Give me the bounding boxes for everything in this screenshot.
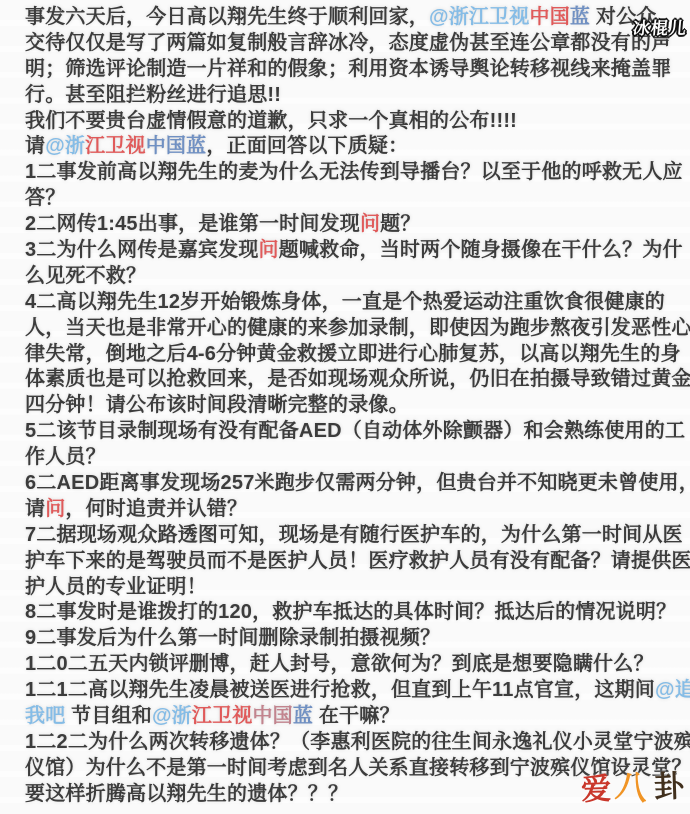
post-line: 人，当天也是非常开心的健康的来参加录制，即使因为跑步熬夜引发恶性心 [25, 316, 690, 342]
text-segment: 3二为什么网传是嘉宾发现 [25, 239, 259, 261]
post-line: 体素质也是可以抢救回来，是否如现场观众所说，仍旧在拍摄导致错过黄金 [25, 367, 690, 393]
text-segment: ，正面回答以下质疑： [206, 135, 408, 157]
text-segment: 5二该节目录制现场有没有配备AED（自动体外除颤器）和会熟练使用的工 [25, 420, 685, 442]
mention-link[interactable]: 蓝 [293, 705, 313, 727]
mention-link[interactable]: 中国蓝 [146, 135, 207, 157]
post-line: 1二1二高以翔先生凌晨被送医进行抢救，但直到上午11点官宣，这期间@追 [25, 678, 690, 704]
mention-link[interactable]: 江卫视 [192, 705, 253, 727]
post-line: 律失常，倒地之后4-6分钟黄金救援立即进行心肺复苏，以高以翔先生的身 [25, 342, 690, 368]
post-line: 我们不要贵台虚情假意的道歉，只求一个真相的公布!!!! [25, 109, 690, 135]
post-line: 请@浙江卫视中国蓝，正面回答以下质疑： [25, 134, 690, 160]
post-line: 5二该节目录制现场有没有配备AED（自动体外除颤器）和会熟练使用的工 [25, 419, 690, 445]
text-segment: 4二高以翔先生12岁开始锻炼身体，一直是个热爱运动注重饮食很健康的 [25, 291, 665, 313]
logo-char-ba-megaphone-icon: 八 [614, 760, 651, 810]
text-segment: 我们不要贵台虚情假意的道歉，只求一个真相的公布!!!! [25, 110, 517, 132]
text-segment: 7二据现场观众路透图可知，现场是有随行医护车的，为什么第一时间从医 [25, 524, 683, 546]
post-line: 请问，何时追责并认错？ [25, 497, 690, 523]
post-line: 1二0二五天内锁评删博，赶人封号，意欲何为？到底是想要隐瞒什么？ [25, 652, 690, 678]
text-segment: 在干嘛？ [313, 705, 400, 727]
post-line: 1二事发前高以翔先生的麦为什么无法传到导播台？以至于他的呼救无人应 [25, 160, 690, 186]
post-line: 护车下来的是驾驶员而不是医护人员！医疗救护人员有没有配备？请提供医 [25, 549, 690, 575]
text-segment: 交待仅仅是写了两篇如复制般言辞冰冷，态度虚伪甚至连公章都没有的声 [25, 32, 671, 54]
text-segment: 1二2二为什么两次转移遗体？（李惠利医院的往生间永逸礼仪小灵堂宁波殡 [25, 731, 690, 753]
logo-char-ai: 爱 [580, 764, 612, 809]
mention-link[interactable]: @追 [655, 679, 690, 701]
text-segment: 8二事发时是谁拨打的120，救护车抵达的具体时间？抵达后的情况说明？ [25, 601, 676, 623]
post-line: 明；筛选评论制造一片祥和的假象；利用资本诱导舆论转移视线来掩盖罪 [25, 57, 690, 83]
text-segment: 体素质也是可以抢救回来，是否如现场观众所说，仍旧在拍摄导致错过黄金 [25, 368, 690, 390]
text-segment: 1二事发前高以翔先生的麦为什么无法传到导播台？以至于他的呼救无人应 [25, 161, 683, 183]
text-segment: 节目组和 [65, 705, 152, 727]
post-line: 8二事发时是谁拨打的120，救护车抵达的具体时间？抵达后的情况说明？ [25, 600, 690, 626]
text-segment: 问 [45, 498, 65, 520]
mention-link[interactable]: @浙 [45, 135, 85, 157]
mention-link[interactable]: 我吧 [25, 705, 65, 727]
text-segment: 9二事发后为什么第一时间删除录制拍摄视频？ [25, 627, 440, 649]
post-line: 交待仅仅是写了两篇如复制般言辞冰冷，态度虚伪甚至连公章都没有的声 [25, 31, 690, 57]
mention-link[interactable]: 江卫视 [85, 135, 146, 157]
mention-link[interactable]: 蓝 [570, 6, 590, 28]
text-segment: 1二1二高以翔先生凌晨被送医进行抢救，但直到上午11点官宣，这期间 [25, 679, 655, 701]
watermark-bingguner: 冰棍儿 [632, 14, 688, 39]
text-segment: 6二AED距离事发现场257米跑步仅需两分钟，但贵台并不知晓更未曾使用， [25, 472, 690, 494]
text-segment: 1二0二五天内锁评删博，赶人封号，意欲何为？到底是想要隐瞒什么？ [25, 653, 654, 675]
text-segment: 答？ [25, 187, 65, 209]
text-segment: 行。甚至阻拦粉丝进行追思!! [25, 84, 281, 106]
text-segment: 人，当天也是非常开心的健康的来参加录制，即使因为跑步熬夜引发恶性心 [25, 317, 690, 339]
post-line: 1二2二为什么两次转移遗体？（李惠利医院的往生间永逸礼仪小灵堂宁波殡 [25, 730, 690, 756]
text-segment: 护车下来的是驾驶员而不是医护人员！医疗救护人员有没有配备？请提供医 [25, 550, 690, 572]
post-line: 事发六天后，今日高以翔先生终于顺利回家，@浙江卫视中国蓝 对公众 [25, 5, 690, 31]
text-segment: ，何时追责并认错？ [65, 498, 247, 520]
weibo-post-screenshot: 冰棍儿 事发六天后，今日高以翔先生终于顺利回家，@浙江卫视中国蓝 对公众交待仅仅… [0, 0, 690, 814]
text-segment: 护人员的专业证明！ [25, 576, 207, 598]
post-line: 答？ [25, 186, 690, 212]
text-segment: 律失常，倒地之后4-6分钟黄金救援立即进行心肺复苏，以高以翔先生的身 [25, 343, 681, 365]
text-segment: 四分钟！请公布该时间段清晰完整的录像。 [25, 394, 409, 416]
text-segment: 要这样折腾高以翔先生的遗体？？？ [25, 783, 348, 805]
post-line: 9二事发后为什么第一时间删除录制拍摄视频？ [25, 626, 690, 652]
mention-link[interactable]: 中国 [530, 6, 570, 28]
text-segment: 请 [25, 135, 45, 157]
post-line: 护人员的专业证明！ [25, 575, 690, 601]
post-line: 作人员？ [25, 445, 690, 471]
text-segment: 明；筛选评论制造一片祥和的假象；利用资本诱导舆论转移视线来掩盖罪 [25, 58, 671, 80]
aibagua-logo: 爱 八 卦 [580, 760, 684, 810]
post-line: 么见死不救？ [25, 264, 690, 290]
text-segment: 么见死不救？ [25, 265, 146, 287]
post-line: 四分钟！请公布该时间段清晰完整的录像。 [25, 393, 690, 419]
post-line: 7二据现场观众路透图可知，现场是有随行医护车的，为什么第一时间从医 [25, 523, 690, 549]
post-line: 我吧 节目组和@浙江卫视中国蓝 在干嘛？ [25, 704, 690, 730]
text-segment: 问 [259, 239, 279, 261]
mention-link[interactable]: 中国 [252, 705, 292, 727]
text-segment: 2二网传1:45出事，是谁第一时间发现 [25, 213, 360, 235]
text-segment: 作人员？ [25, 446, 106, 468]
post-text-block: 事发六天后，今日高以翔先生终于顺利回家，@浙江卫视中国蓝 对公众交待仅仅是写了两… [25, 5, 690, 808]
text-segment: 题？ [380, 213, 420, 235]
text-segment: 题喊救命，当时两个随身摄像在干什么？为什 [279, 239, 683, 261]
post-line: 6二AED距离事发现场257米跑步仅需两分钟，但贵台并不知晓更未曾使用， [25, 471, 690, 497]
logo-char-gua: 卦 [653, 761, 685, 806]
post-line: 3二为什么网传是嘉宾发现问题喊救命，当时两个随身摄像在干什么？为什 [25, 238, 690, 264]
text-segment: 问 [360, 213, 380, 235]
mention-link[interactable]: @浙江卫视 [429, 6, 530, 28]
post-line: 行。甚至阻拦粉丝进行追思!! [25, 83, 690, 109]
mention-link[interactable]: @浙 [152, 705, 192, 727]
text-segment: 事发六天后，今日高以翔先生终于顺利回家， [25, 6, 429, 28]
text-segment: 请 [25, 498, 45, 520]
post-line: 2二网传1:45出事，是谁第一时间发现问题？ [25, 212, 690, 238]
post-line: 4二高以翔先生12岁开始锻炼身体，一直是个热爱运动注重饮食很健康的 [25, 290, 690, 316]
